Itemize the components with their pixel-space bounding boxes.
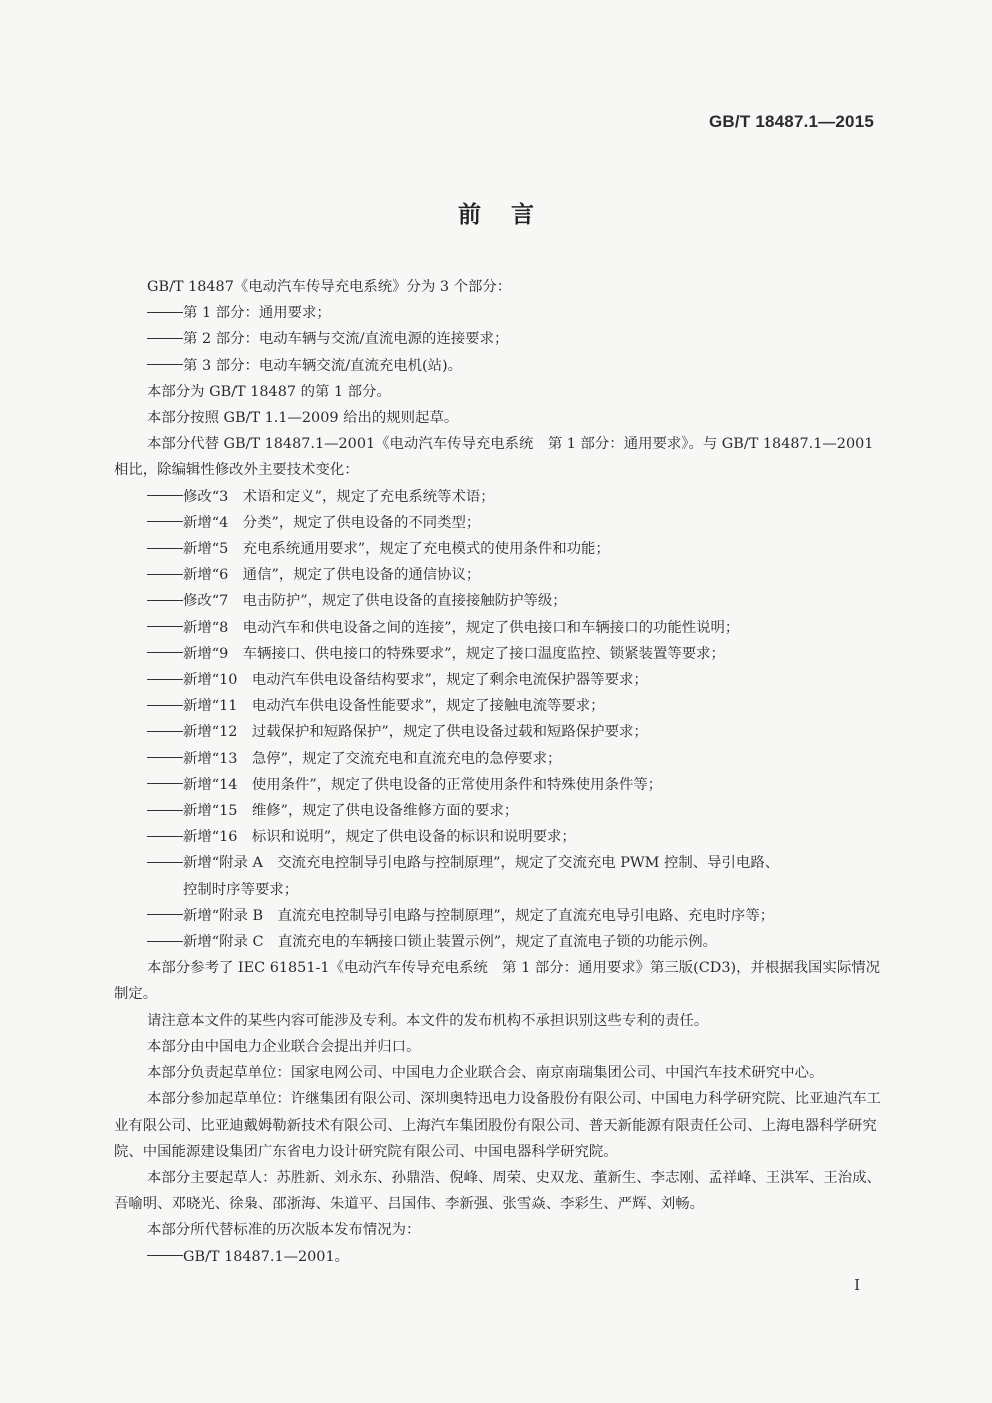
list-item-change: 新增“附录 C 直流充电的车辆接口锁止装置示例”，规定了直流电子锁的功能示例。 [114, 929, 882, 955]
dash-marker [147, 731, 183, 732]
dash-marker [147, 679, 183, 680]
list-item-change: 新增“15 维修”，规定了供电设备维修方面的要求； [114, 798, 882, 824]
list-item-change: 新增“6 通信”，规定了供电设备的通信协议； [114, 562, 882, 588]
dash-marker [147, 626, 183, 627]
list-item-change: 新增“附录 B 直流充电控制导引电路与控制原理”，规定了直流充电导引电路、充电时… [114, 903, 882, 929]
dash-marker [147, 600, 183, 601]
foreword-body: GB/T 18487《电动汽车传导充电系统》分为 3 个部分： 第 1 部分：通… [114, 274, 882, 1270]
dash-marker [147, 836, 183, 837]
dash-marker [147, 783, 183, 784]
paragraph-reference: 本部分参考了 IEC 61851-1《电动汽车传导充电系统 第 1 部分：通用要… [114, 955, 882, 1007]
dash-marker [147, 548, 183, 549]
standard-number: GB/T 18487.1—2015 [709, 112, 874, 132]
paragraph: 本部分为 GB/T 18487 的第 1 部分。 [114, 379, 882, 405]
paragraph: 本部分按照 GB/T 1.1—2009 给出的规则起草。 [114, 405, 882, 431]
list-item-change: 新增“4 分类”，规定了供电设备的不同类型； [114, 510, 882, 536]
dash-marker [147, 338, 183, 339]
dash-marker [147, 941, 183, 942]
dash-marker [147, 757, 183, 758]
list-item-change: 新增“13 急停”，规定了交流充电和直流充电的急停要求； [114, 746, 882, 772]
list-item-change: 修改“3 术语和定义”，规定了充电系统等术语； [114, 484, 882, 510]
paragraph-history: 本部分所代替标准的历次版本发布情况为： [114, 1217, 882, 1243]
list-item-change: 新增“5 充电系统通用要求”，规定了充电模式的使用条件和功能； [114, 536, 882, 562]
dash-marker [147, 652, 183, 653]
dash-marker [147, 312, 183, 313]
list-item-part: 第 3 部分：电动车辆交流/直流充电机(站)。 [114, 353, 882, 379]
list-item-change: 修改“7 电击防护”，规定了供电设备的直接接触防护等级； [114, 588, 882, 614]
dash-marker [147, 364, 183, 365]
dash-marker [147, 521, 183, 522]
list-item-change: 新增“12 过载保护和短路保护”，规定了供电设备过载和短路保护要求； [114, 719, 882, 745]
page-title: 前言 [0, 196, 992, 229]
dash-marker [147, 705, 183, 706]
paragraph-proposer: 本部分由中国电力企业联合会提出并归口。 [114, 1034, 882, 1060]
list-item-part: 第 2 部分：电动车辆与交流/直流电源的连接要求； [114, 326, 882, 352]
dash-marker [147, 914, 183, 915]
page-number: I [854, 1276, 860, 1294]
list-item-change: 新增“9 车辆接口、供电接口的特殊要求”，规定了接口温度监控、锁紧装置等要求； [114, 641, 882, 667]
document-page: GB/T 18487.1—2015 前言 GB/T 18487《电动汽车传导充电… [0, 0, 992, 1403]
paragraph-drafting-units: 本部分负责起草单位：国家电网公司、中国电力企业联合会、南京南瑞集团公司、中国汽车… [114, 1060, 882, 1086]
paragraph-participating-units: 本部分参加起草单位：许继集团有限公司、深圳奥特迅电力设备股份有限公司、中国电力科… [114, 1086, 882, 1165]
list-item-change: 新增“8 电动汽车和供电设备之间的连接”，规定了供电接口和车辆接口的功能性说明； [114, 615, 882, 641]
dash-marker [147, 810, 183, 811]
paragraph-parts-intro: GB/T 18487《电动汽车传导充电系统》分为 3 个部分： [114, 274, 882, 300]
paragraph-replaces: 本部分代替 GB/T 18487.1—2001《电动汽车传导充电系统 第 1 部… [114, 431, 882, 483]
list-item-change: 新增“附录 A 交流充电控制导引电路与控制原理”，规定了交流充电 PWM 控制、… [114, 850, 882, 902]
dash-marker [147, 1255, 183, 1256]
dash-marker [147, 495, 183, 496]
list-item-part: 第 1 部分：通用要求； [114, 300, 882, 326]
dash-marker [147, 862, 183, 863]
list-item-change: 新增“10 电动汽车供电设备结构要求”，规定了剩余电流保护器等要求； [114, 667, 882, 693]
list-item-history: GB/T 18487.1—2001。 [114, 1244, 882, 1270]
list-item-change: 新增“11 电动汽车供电设备性能要求”，规定了接触电流等要求； [114, 693, 882, 719]
list-item-change: 新增“16 标识和说明”，规定了供电设备的标识和说明要求； [114, 824, 882, 850]
dash-marker [147, 574, 183, 575]
paragraph-patent-notice: 请注意本文件的某些内容可能涉及专利。本文件的发布机构不承担识别这些专利的责任。 [114, 1008, 882, 1034]
paragraph-drafters: 本部分主要起草人：苏胜新、刘永东、孙鼎浩、倪峰、周荣、史双龙、董新生、李志刚、孟… [114, 1165, 882, 1217]
list-item-change: 新增“14 使用条件”，规定了供电设备的正常使用条件和特殊使用条件等； [114, 772, 882, 798]
